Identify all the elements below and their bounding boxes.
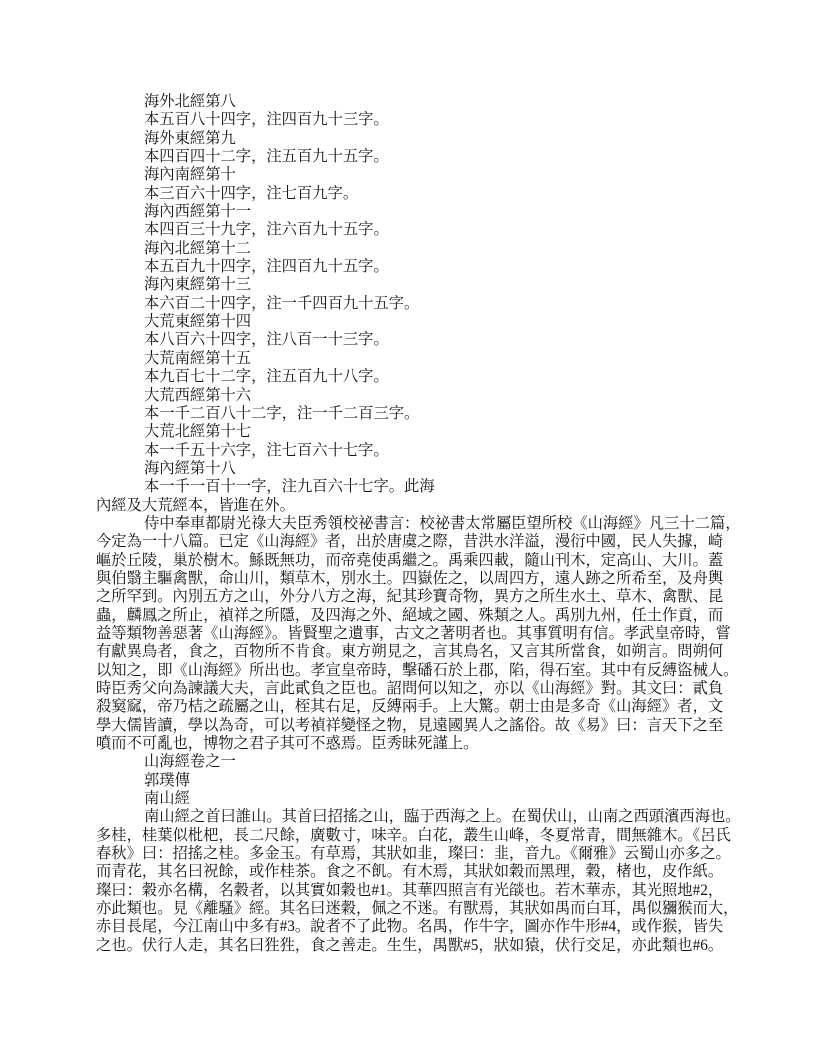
text-line: 春秋》曰：招搖之桂。多金玉。有草焉，其狀如韭，璨曰：韭，音九。《爾雅》云蜀山亦多… (96, 845, 724, 863)
text-line: 海內南經第十 (96, 166, 724, 184)
text-line: 而青花，其名曰祝餘，或作桂茶。食之不飢。有木焉，其狀如穀而黑理，穀，楮也，皮作紙… (96, 863, 724, 881)
text-line: 時臣秀父向為諫議大夫，言此貳負之臣也。詔問何以知之，亦以《山海經》對。其文曰：貳… (96, 680, 724, 698)
text-line: 與伯翳主驅禽獸，命山川，類草木，別水土。四嶽佐之，以周四方，遠人跡之所希至，及舟… (96, 570, 724, 588)
text-line: 本四百三十九字，注六百九十五字。 (96, 221, 724, 239)
text-line: 本四百四十二字，注五百九十五字。 (96, 148, 724, 166)
text-line: 學大儒皆讀，學以為奇，可以考禎祥變怪之物，見遠國異人之謠俗。故《易》曰：言天下之… (96, 717, 724, 735)
text-line: 以知之，即《山海經》所出也。孝宣皇帝時，擊磻石於上郡，陷，得石室。其中有反縛盜械… (96, 662, 724, 680)
text-line: 蟲，麟鳳之所止，禎祥之所隱，及四海之外、絕域之國、殊類之人。禹別九州，任土作貢，… (96, 607, 724, 625)
text-line: 本一千二百八十二字，注一千二百三字。 (96, 405, 724, 423)
text-line: 本六百二十四字，注一千四百九十五字。 (96, 295, 724, 313)
text-line: 內經及大荒經本，皆進在外。 (96, 497, 724, 515)
text-line: 海內北經第十二 (96, 240, 724, 258)
text-line: 大荒南經第十五 (96, 350, 724, 368)
text-line: 今定為一十八篇。已定《山海經》者，出於唐虞之際，昔洪水洋溢，漫衍中國，民人失據，… (96, 533, 724, 551)
text-line: 多桂，桂葉似枇杷，長二尺餘，廣數寸，味辛。白花，叢生山峰，冬夏常青，間無雜木。《… (96, 827, 724, 845)
text-line: 噴而不可亂也，博物之君子其可不惑焉。臣秀昧死謹上。 (96, 735, 724, 753)
text-line: 益等類物善惡著《山海經》。皆賢聖之遺事，古文之著明者也。其事質明有信。孝武皇帝時… (96, 625, 724, 643)
text-line: 有獻異鳥者，食之，百物所不肯食。東方朔見之，言其鳥名，又言其所當食，如朔言。問朔… (96, 643, 724, 661)
text-line: 本五百八十四字，注四百九十三字。 (96, 111, 724, 129)
text-line: 赤目長尾，今江南山中多有#3。說者不了此物。名禺，作牛字，圖亦作牛形#4，或作猴… (96, 918, 724, 936)
text-line: 大荒西經第十六 (96, 387, 724, 405)
text-line: 本五百九十四字，注四百九十五字。 (96, 258, 724, 276)
text-line: 之所罕到。內別五方之山，外分八方之海，紀其珍寶奇物，異方之所生水土、草木、禽獸、… (96, 588, 724, 606)
text-line: 南山經 (96, 790, 724, 808)
text-line: 郭璞傳 (96, 772, 724, 790)
text-line: 大荒北經第十七 (96, 423, 724, 441)
text-line: 本九百七十二字，注五百九十八字。 (96, 368, 724, 386)
text-line: 璨曰：穀亦名構，名穀者，以其實如穀也#1。其華四照言有光燄也。若木華赤，其光照地… (96, 882, 724, 900)
text-line: 之也。伏行人走，其名曰狌狌，食之善走。生生，禺獸#5，狀如猿，伏行交足，亦此類也… (96, 937, 724, 955)
text-line: 海內東經第十三 (96, 276, 724, 294)
document-page: 海外北經第八本五百八十四字，注四百九十三字。海外東經第九本四百四十二字，注五百九… (0, 0, 816, 1056)
text-line: 海內經第十八 (96, 460, 724, 478)
text-body: 海外北經第八本五百八十四字，注四百九十三字。海外東經第九本四百四十二字，注五百九… (96, 93, 724, 955)
text-line: 本三百六十四字，注七百九字。 (96, 185, 724, 203)
text-line: 殺窫窳，帝乃桔之疏屬之山，桎其右足，反縛兩手。上大驚。朝士由是多奇《山海經》者，… (96, 698, 724, 716)
text-line: 大荒東經第十四 (96, 313, 724, 331)
text-line: 嶇於丘陵，巢於樹木。鯀既無功，而帝堯使禹繼之。禹乘四載，隨山刊木，定高山、大川。… (96, 552, 724, 570)
text-line: 海外北經第八 (96, 93, 724, 111)
text-line: 海內西經第十一 (96, 203, 724, 221)
text-line: 亦此類也。見《離騷》經。其名曰迷穀，佩之不迷。有獸焉，其狀如禺而白耳，禺似獼猴而… (96, 900, 724, 918)
text-line: 本一千一百十一字，注九百六十七字。此海 (96, 478, 724, 496)
text-line: 海外東經第九 (96, 130, 724, 148)
text-line: 侍中奉車都尉光祿大夫臣秀領校祕書言：校祕書太常屬臣望所校《山海經》凡三十二篇， (96, 515, 724, 533)
text-line: 本一千五十六字，注七百六十七字。 (96, 442, 724, 460)
text-line: 山海經卷之一 (96, 753, 724, 771)
text-line: 本八百六十四字，注八百一十三字。 (96, 331, 724, 349)
text-line: 南山經之首曰誰山。其首曰招搖之山，臨于西海之上。在蜀伏山，山南之西頭濱西海也。 (96, 808, 724, 826)
